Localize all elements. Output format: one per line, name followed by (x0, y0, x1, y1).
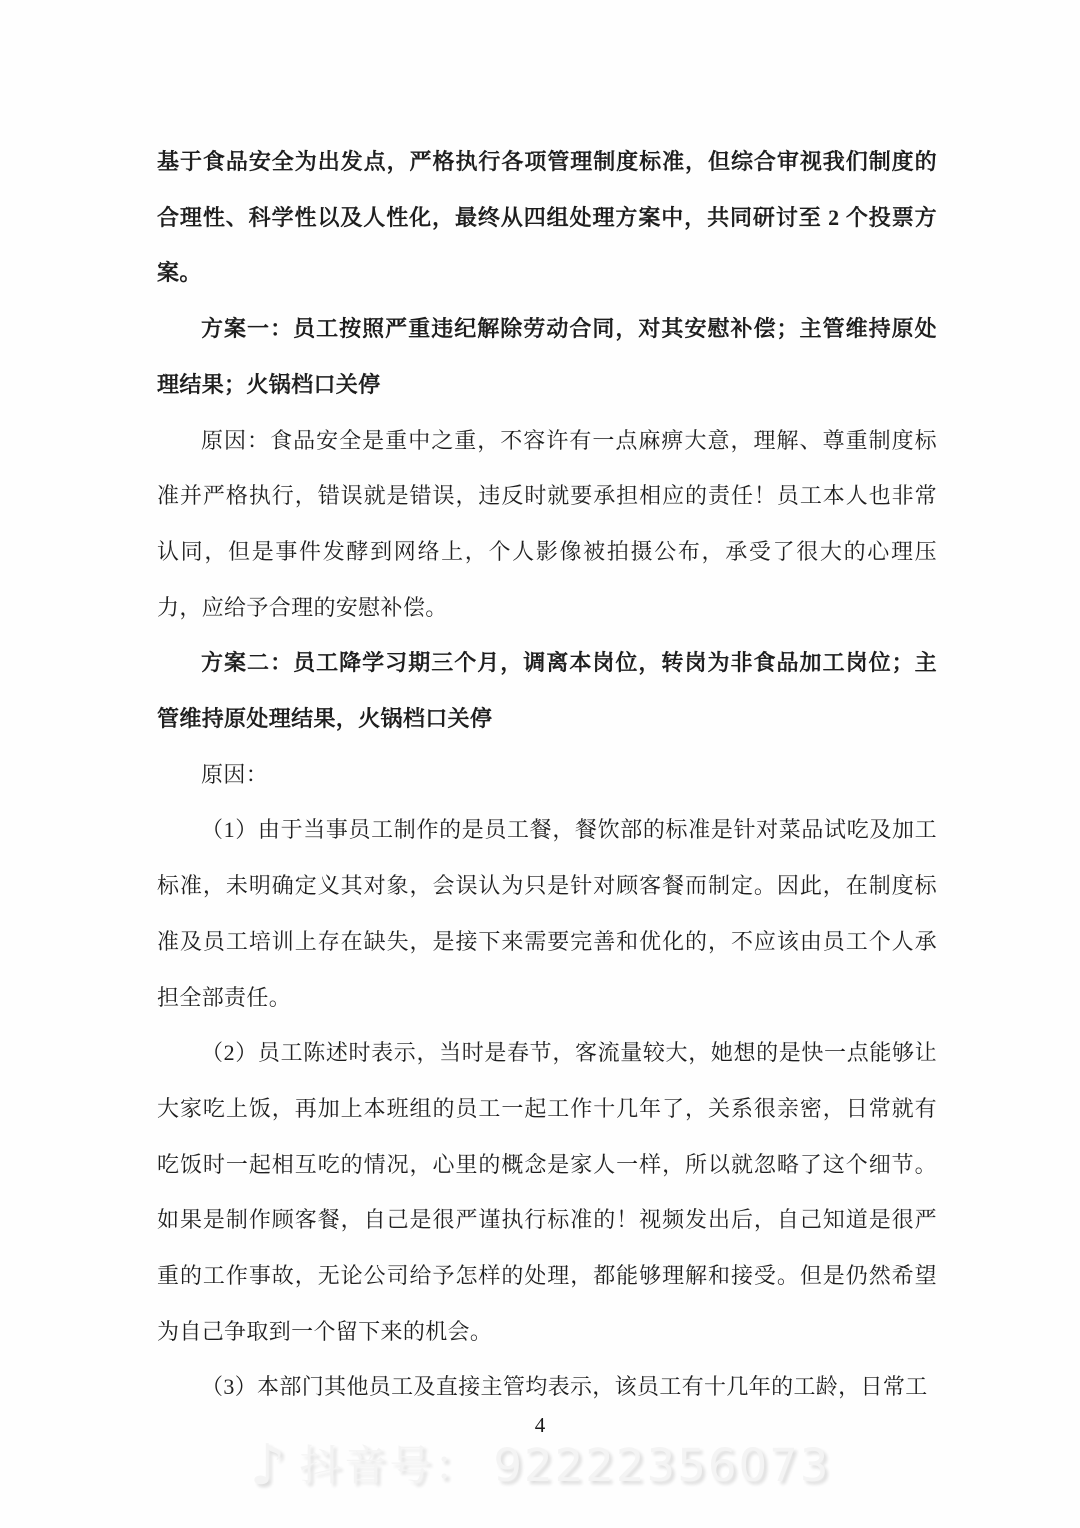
watermark-account-number: 92222356073 (493, 1438, 830, 1494)
douyin-watermark: ♪ 抖音号： 92222356073 (0, 1438, 1080, 1494)
document-body: 基于食品安全为出发点，严格执行各项管理制度标准，但综合审视我们制度的合理性、科学… (157, 134, 937, 1415)
paragraph-reason-item-3: （3）本部门其他员工及直接主管均表示，该员工有十几年的工龄，日常工 (157, 1359, 937, 1415)
watermark-label: 抖音号： (299, 1438, 479, 1494)
page-number: 4 (0, 1413, 1080, 1438)
paragraph-plan-two-reason-label: 原因： (157, 747, 937, 803)
paragraph-reason-item-1: （1）由于当事员工制作的是员工餐，餐饮部的标准是针对菜品试吃及加工标准，未明确定… (157, 802, 937, 1025)
douyin-note-icon: ♪ (250, 1438, 286, 1494)
paragraph-plan-one-reason: 原因：食品安全是重中之重，不容许有一点麻痹大意，理解、尊重制度标准并严格执行，错… (157, 413, 937, 636)
document-page: 基于食品安全为出发点，严格执行各项管理制度标准，但综合审视我们制度的合理性、科学… (0, 0, 1080, 1528)
paragraph-reason-item-2: （2）员工陈述时表示，当时是春节，客流量较大，她想的是快一点能够让大家吃上饭，再… (157, 1025, 937, 1359)
paragraph-plan-two-heading: 方案二：员工降学习期三个月，调离本岗位，转岗为非食品加工岗位；主管维持原处理结果… (157, 635, 937, 746)
paragraph-intro-continuation: 基于食品安全为出发点，严格执行各项管理制度标准，但综合审视我们制度的合理性、科学… (157, 134, 937, 301)
paragraph-plan-one-heading: 方案一：员工按照严重违纪解除劳动合同，对其安慰补偿；主管维持原处理结果；火锅档口… (157, 301, 937, 412)
